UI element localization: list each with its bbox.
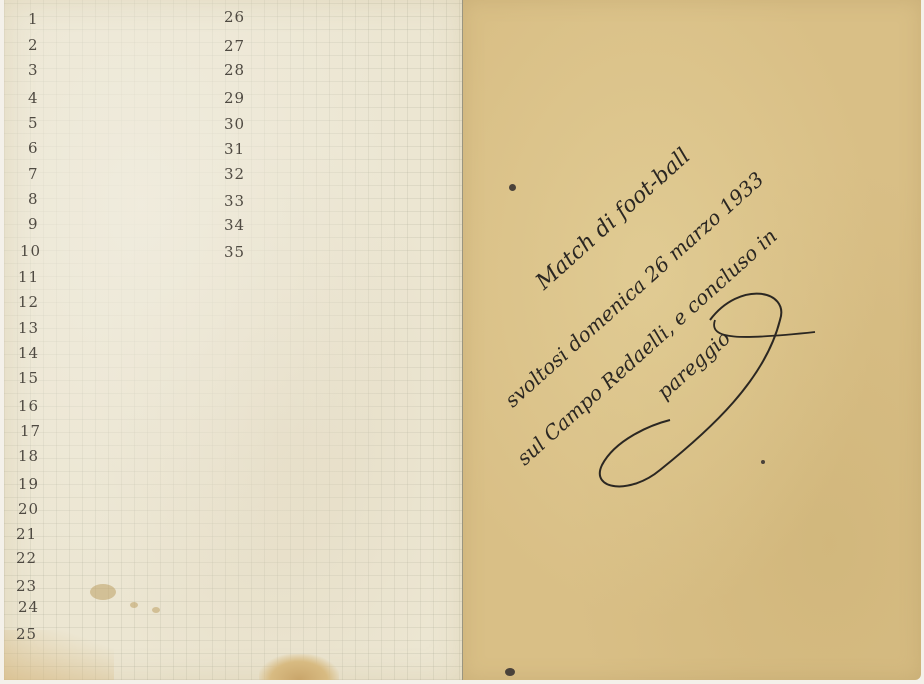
- row-number: 35: [224, 243, 245, 261]
- row-number: 12: [18, 293, 39, 311]
- row-number: 4: [28, 89, 39, 107]
- row-number: 20: [18, 500, 39, 518]
- row-number: 9: [28, 215, 39, 233]
- row-number: 17: [20, 422, 41, 440]
- row-number: 7: [28, 165, 39, 183]
- row-number: 18: [18, 447, 39, 465]
- row-number: 25: [16, 625, 37, 643]
- row-number: 19: [18, 475, 39, 493]
- row-number: 6: [28, 139, 39, 157]
- row-number: 22: [16, 549, 37, 567]
- ink-dot: [505, 668, 515, 676]
- row-number: 32: [224, 165, 245, 183]
- row-number: 27: [224, 37, 245, 55]
- row-number: 3: [28, 61, 39, 79]
- row-number: 14: [18, 344, 39, 362]
- row-number: 5: [28, 114, 39, 132]
- row-number: 33: [224, 192, 245, 210]
- page-tear: [259, 654, 339, 680]
- row-number: 31: [224, 140, 245, 158]
- stain: [152, 607, 160, 613]
- left-page-grid-paper: 1 2 3 4 5 6 7 8 9 10 11 12 13 14 15 16 1…: [4, 0, 463, 680]
- row-number: 24: [18, 598, 39, 616]
- ink-dot: [509, 184, 516, 191]
- row-number: 34: [224, 216, 245, 234]
- stain: [90, 584, 116, 600]
- row-number: 28: [224, 61, 245, 79]
- row-number: 26: [224, 8, 245, 26]
- row-number: 21: [16, 525, 37, 543]
- row-number: 2: [28, 36, 39, 54]
- row-number: 16: [18, 397, 39, 415]
- row-number: 23: [16, 577, 37, 595]
- stain: [130, 602, 138, 608]
- row-number: 29: [224, 89, 245, 107]
- row-number: 13: [18, 319, 39, 337]
- row-number: 30: [224, 115, 245, 133]
- row-number: 1: [28, 10, 39, 28]
- signature-flourish: [590, 280, 820, 500]
- row-number: 11: [18, 268, 39, 286]
- row-number: 8: [28, 190, 39, 208]
- row-number: 10: [20, 242, 41, 260]
- row-number: 15: [18, 369, 39, 387]
